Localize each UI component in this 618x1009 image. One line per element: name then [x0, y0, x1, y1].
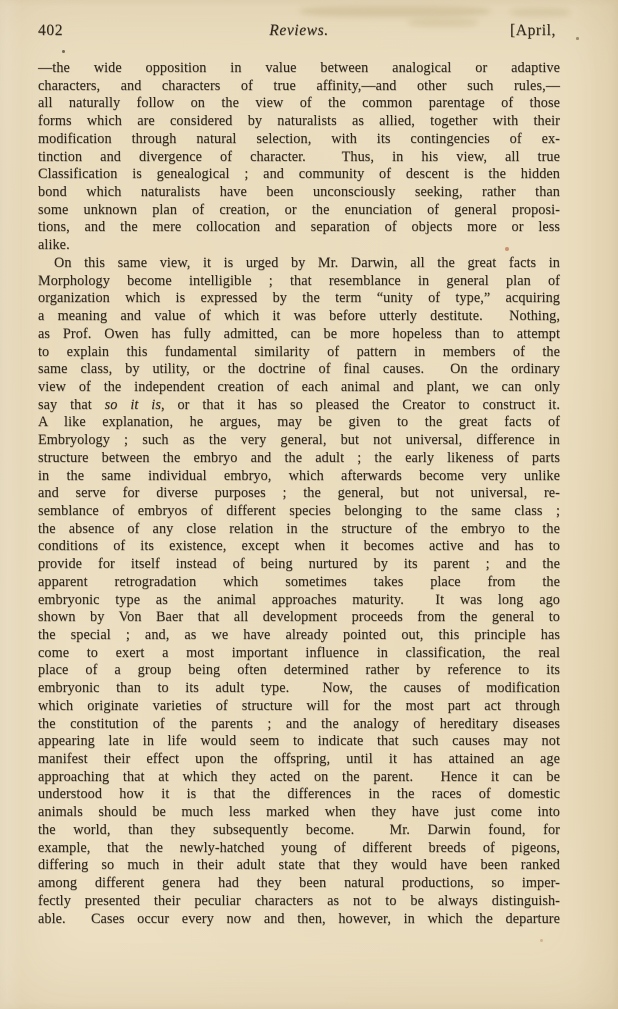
speck-artifact: [576, 37, 579, 40]
text-line: characters, and characters of true affin…: [38, 78, 560, 96]
text-line: all naturally follow on the view of the …: [38, 95, 560, 113]
text-line: which originate varieties of structure w…: [38, 698, 560, 716]
text-line: the constitution of the parents ; and th…: [38, 716, 560, 734]
italic-phrase: so it is,: [105, 397, 165, 413]
text-line: —the wide opposition in value between an…: [38, 60, 560, 78]
text-line: organization which is expressed by the t…: [38, 290, 560, 308]
text-line: embryonic than to its adult type. Now, t…: [38, 680, 560, 698]
body-text: —the wide opposition in value between an…: [38, 60, 560, 928]
text-line: same class, by utility, or the doctrine …: [38, 361, 560, 379]
text-line: place of a group being often determined …: [38, 662, 560, 680]
text-line: animals should be much less marked when …: [38, 804, 560, 822]
text-line: tions, and the mere collocation and sepa…: [38, 219, 560, 237]
text-line: appearing late in life would seem to ind…: [38, 733, 560, 751]
text-line: the special ; and, as we have already po…: [38, 627, 560, 645]
text-line: say that so it is, or that it has so ple…: [38, 397, 560, 415]
text-line: shown by Von Baer that all development p…: [38, 609, 560, 627]
text-segment: say that: [38, 397, 105, 413]
speck-artifact: [540, 939, 543, 942]
text-line: able. Cases occur every now and then, ho…: [38, 911, 560, 929]
text-line: apparent retrogradation which sometimes …: [38, 574, 560, 592]
text-line: embryonic type as the animal approaches …: [38, 592, 560, 610]
bleedthrough-smudge: [300, 6, 490, 17]
text-line: fectly presented their peculiar characte…: [38, 893, 560, 911]
text-line: manifest their effect upon the offspring…: [38, 751, 560, 769]
text-line: A like explanation, he argues, may be gi…: [38, 414, 560, 432]
page-header: 402 Reviews. [April,: [38, 22, 560, 42]
text-line: in the same individual embryo, which aft…: [38, 468, 560, 486]
text-line: understood how it is that the difference…: [38, 786, 560, 804]
text-line: conditions of its existence, except when…: [38, 538, 560, 556]
text-line: example, that the newly-hatched young of…: [38, 840, 560, 858]
text-line: modification through natural selection, …: [38, 131, 560, 149]
text-line: view of the independent creation of each…: [38, 379, 560, 397]
bleedthrough-smudge: [510, 8, 570, 17]
text-line: differing so much in their adult state t…: [38, 857, 560, 875]
scanned-page: 402 Reviews. [April, —the wide oppositio…: [0, 0, 618, 1009]
text-line: tinction and divergence of character. Th…: [38, 149, 560, 167]
issue-date: [April,: [510, 22, 556, 40]
text-line: provide for itself instead of being nurt…: [38, 556, 560, 574]
text-line: semblance of embryos of different specie…: [38, 503, 560, 521]
text-line: On this same view, it is urged by Mr. Da…: [38, 255, 560, 273]
text-line: as Prof. Owen has fully admitted, can be…: [38, 326, 560, 344]
text-line: Classification is genealogical ; and com…: [38, 166, 560, 184]
running-title: Reviews.: [38, 22, 560, 40]
text-line: alike.: [38, 237, 560, 255]
text-segment: or that it has so pleased the Creator to…: [165, 397, 560, 413]
text-line: approaching that at which they acted on …: [38, 769, 560, 787]
text-line: the absence of any close relation in the…: [38, 521, 560, 539]
text-line: Morphology become intelligible ; that re…: [38, 273, 560, 291]
text-line: to explain this fundamental similarity o…: [38, 344, 560, 362]
speck-artifact: [62, 50, 65, 53]
text-line: come to exert a most important influence…: [38, 645, 560, 663]
text-line: among different genera had they been nat…: [38, 875, 560, 893]
text-line: and serve for diverse purposes ; the gen…: [38, 485, 560, 503]
text-line: bond which naturalists have been unconsc…: [38, 184, 560, 202]
text-line: a meaning and value of which it was befo…: [38, 308, 560, 326]
text-line: structure between the embryo and the adu…: [38, 450, 560, 468]
text-line: forms which are considered by naturalist…: [38, 113, 560, 131]
text-line: some unknown plan of creation, or the en…: [38, 202, 560, 220]
text-line: Embryology ; such as the very general, b…: [38, 432, 560, 450]
text-line: the world, than they subsequently become…: [38, 822, 560, 840]
